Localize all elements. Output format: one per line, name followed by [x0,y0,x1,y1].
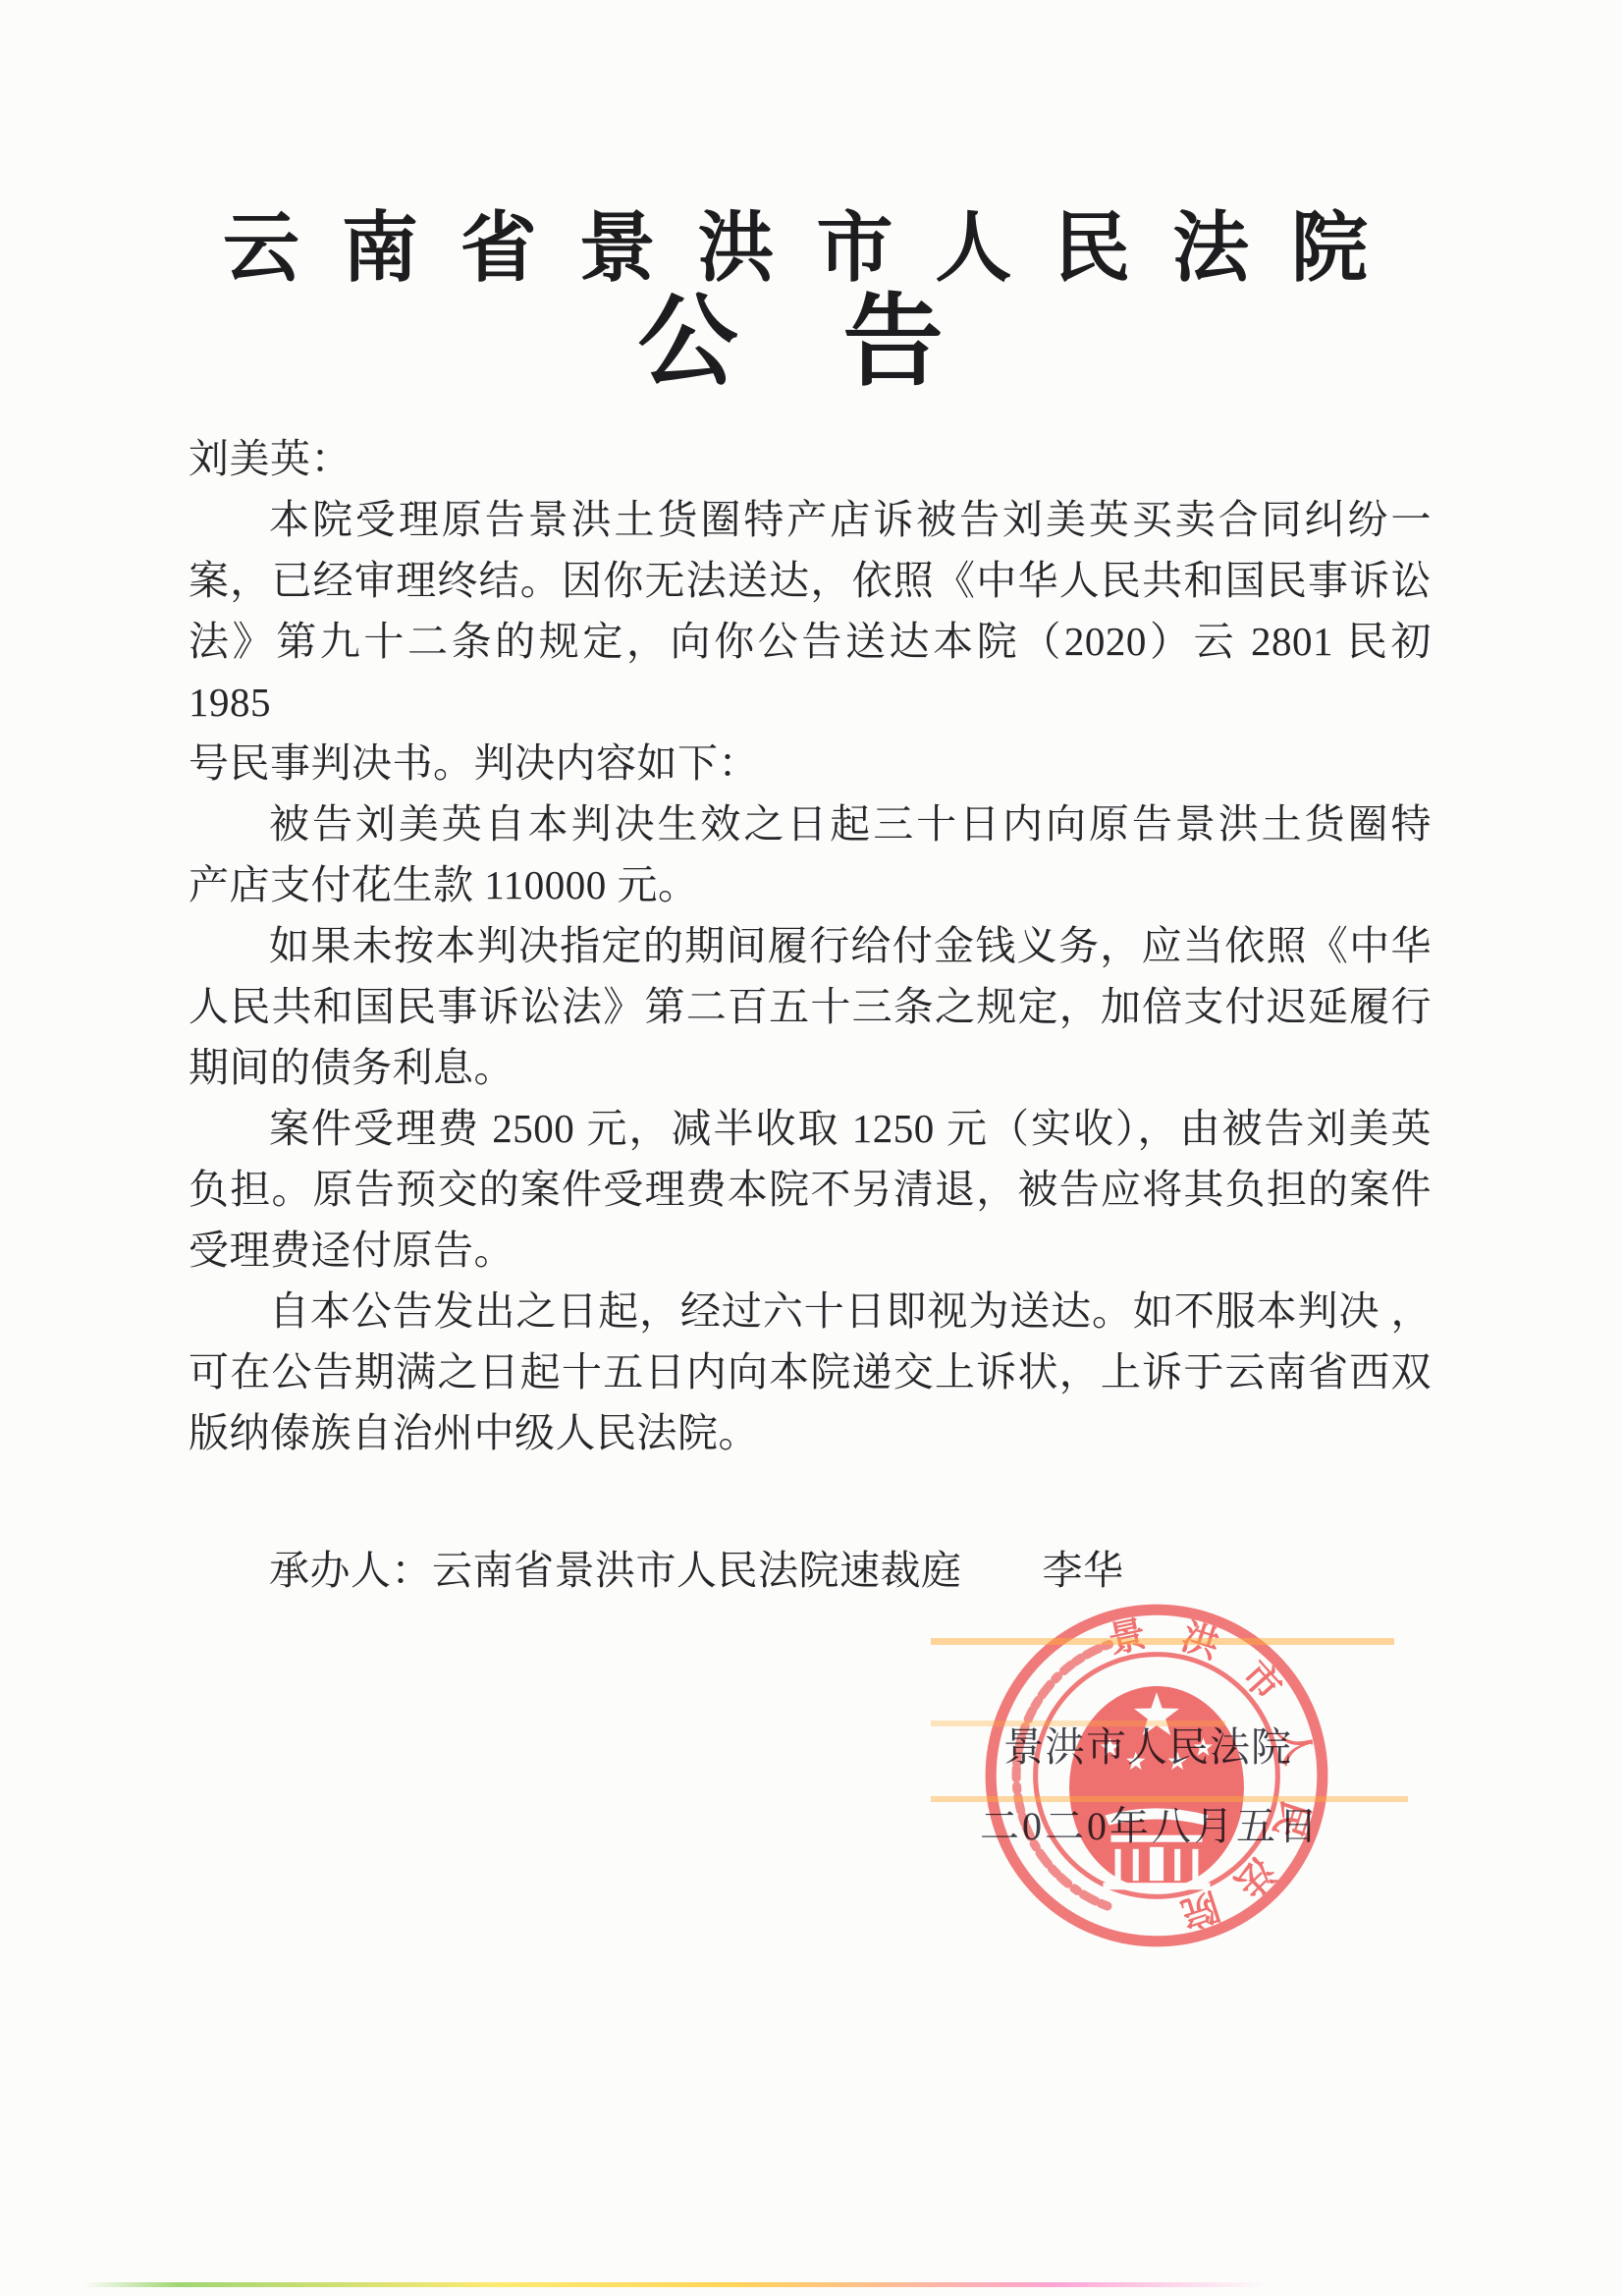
svg-text:景: 景 [1106,1613,1150,1662]
svg-text:人: 人 [1271,1724,1318,1769]
body-line: 期间的债务利息。 [189,1037,1432,1098]
handler-label: 承办人：云南省景洪市人民法院速裁庭 [269,1548,962,1593]
body-line: 号民事判决书。判决内容如下： [189,733,1432,793]
body-line: 负担。原告预交的案件受理费本院不另清退，被告应将其负担的案件 [189,1159,1432,1220]
salutation: 刘美英： [189,428,1432,489]
body-line: 产店支付花生款 110000 元。 [189,854,1432,915]
body-line: 被告刘美英自本判决生效之日起三十日内向原告景洪土货圈特 [189,793,1432,854]
stamp-area: 景洪市人民法院 二0二0年八月五日 景 洪 市 人 民 法 院 [943,1571,1365,1984]
body-line: 案件受理费 2500 元，减半收取 1250 元（实收），由被告刘美英 [189,1098,1432,1159]
body-line: 可在公告期满之日起十五日内向本院递交上诉状，上诉于云南省西双 [189,1341,1432,1402]
notice-title: 公告 [0,283,1581,401]
body-line: 人民共和国民事诉讼法》第二百五十三条之规定，加倍支付迟延履行 [189,976,1432,1037]
seal-emblem [1069,1686,1244,1889]
body-line: 版纳傣族自治州中级人民法院。 [189,1402,1432,1463]
body-line: 受理费迳付原告。 [189,1220,1432,1281]
body-line: 自本公告发出之日起，经过六十日即视为送达。如不服本判决 ， [189,1281,1432,1341]
notice-body: 刘美英： 本院受理原告景洪土货圈特产店诉被告刘美英买卖合同纠纷一 案，已经审理终… [189,428,1432,1601]
scan-edge-artifact [83,2282,1267,2287]
court-title: 云南省景洪市人民法院 [0,200,1591,295]
court-notice-document: 云南省景洪市人民法院 公告 刘美英： 本院受理原告景洪土货圈特产店诉被告刘美英买… [0,0,1623,2296]
body-line: 如果未按本判决指定的期间履行给付金钱义务，应当依照《中华 [189,915,1432,976]
body-line: 法》第九十二条的规定，向你公告送达本院（2020）云 2801 民初 1985 [189,611,1432,733]
body-line: 本院受理原告景洪土货圈特产店诉被告刘美英买卖合同纠纷一 [189,489,1432,550]
body-line: 案，已经审理终结。因你无法送达，依照《中华人民共和国民事诉讼 [189,550,1432,611]
court-seal-icon: 景 洪 市 人 民 法 院 [978,1597,1335,1954]
